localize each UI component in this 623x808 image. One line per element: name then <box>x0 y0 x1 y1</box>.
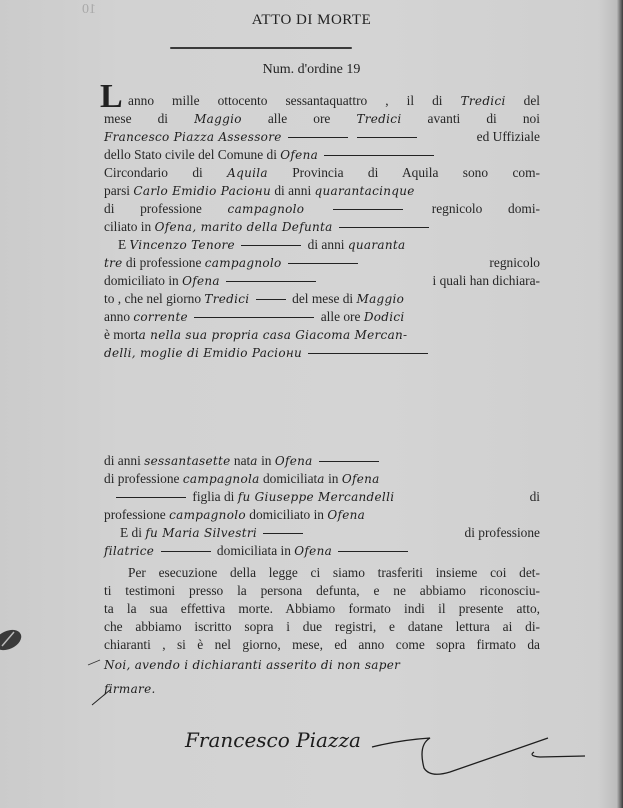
document-page: 10 ATTO DI MORTE Num. d'ordine 19 L anno… <box>0 0 623 808</box>
ink-stain-icon <box>0 620 30 660</box>
signature-flourish-icon <box>0 0 623 808</box>
